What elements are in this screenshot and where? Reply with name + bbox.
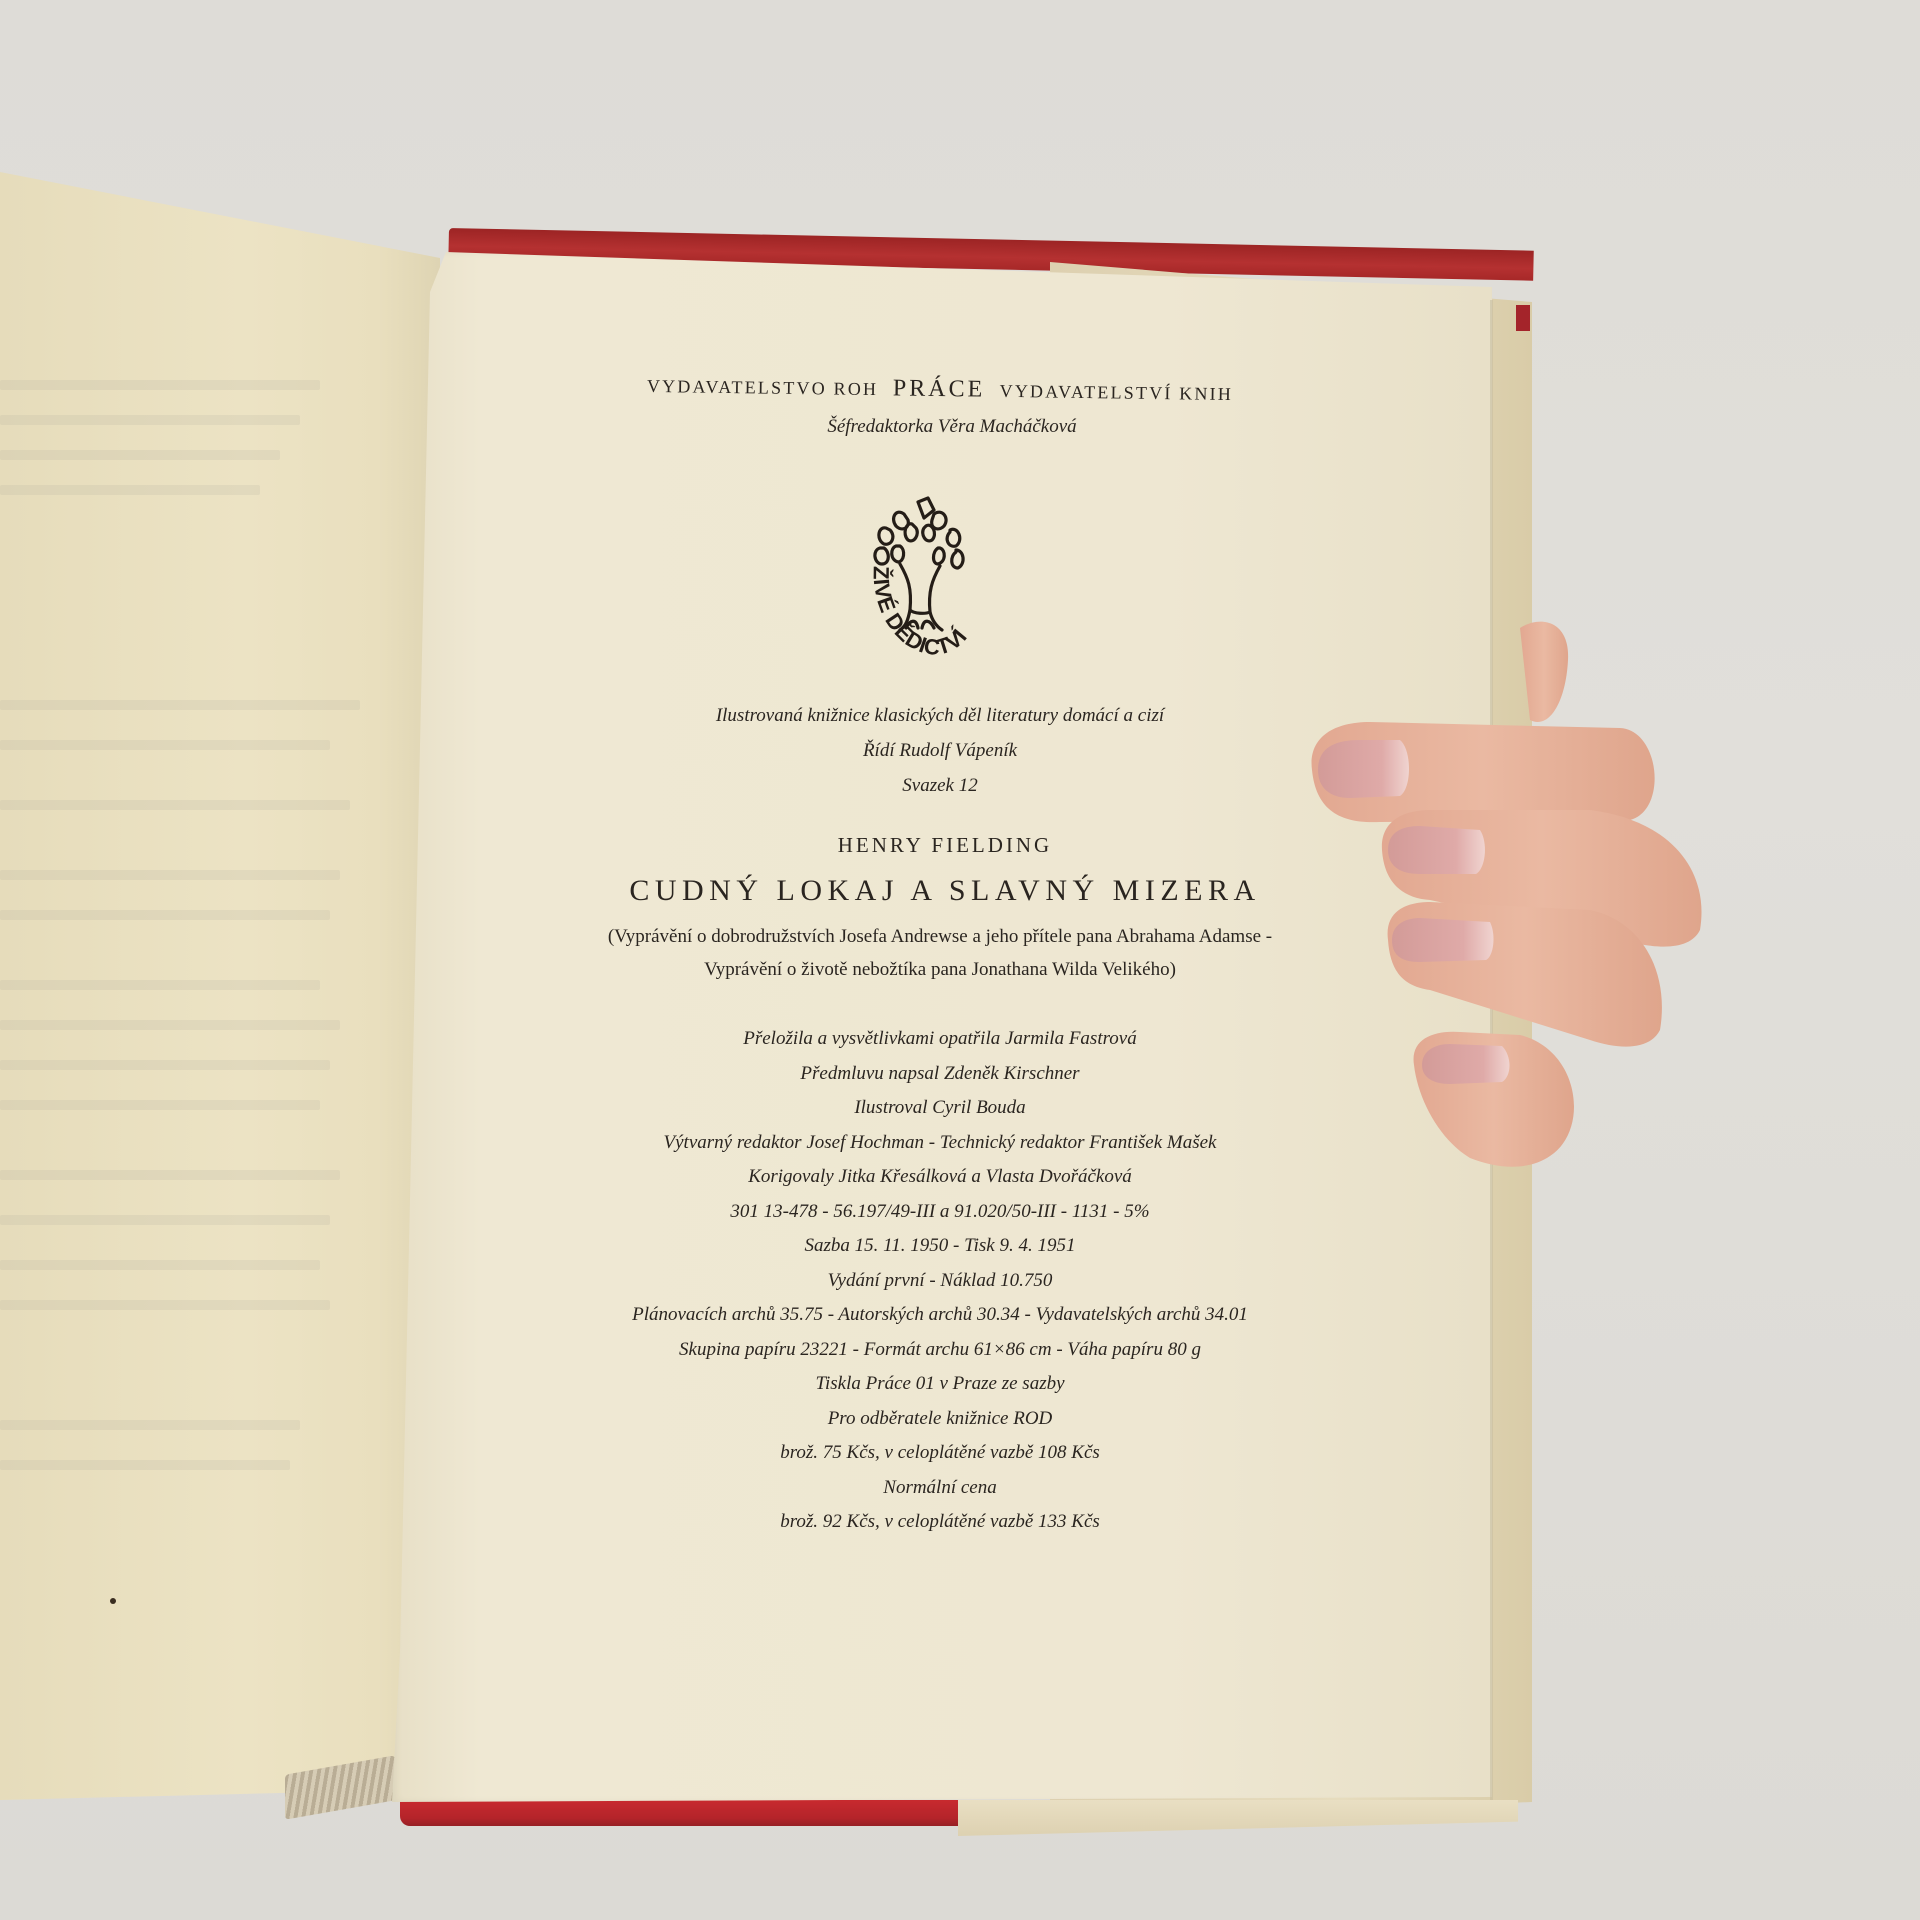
thumb <box>1520 622 1568 722</box>
bleed-through-text <box>0 485 260 495</box>
bleed-through-text <box>0 870 340 880</box>
hand-holding-book <box>1290 610 1710 1230</box>
credit-foreword: Předmluvu napsal Zdeněk Kirschner <box>540 1057 1340 1092</box>
series-description: Ilustrovaná knižnice klasických děl lite… <box>540 698 1340 733</box>
subtitle-line: (Vyprávění o dobrodružstvích Josefa Andr… <box>540 920 1340 953</box>
series-info: Ilustrovaná knižnice klasických děl lite… <box>540 698 1340 803</box>
credit-proofreaders: Korigovaly Jitka Křesálková a Vlasta Dvo… <box>540 1160 1340 1195</box>
red-cover-bottom-edge <box>400 1800 960 1826</box>
edition-print-run: Vydání první - Náklad 10.750 <box>540 1264 1340 1299</box>
paper-specs: Skupina papíru 23221 - Formát archu 61×8… <box>540 1333 1340 1368</box>
publisher-line: VYDAVATELSTVO ROH PRÁCE VYDAVATELSTVÍ KN… <box>580 371 1300 408</box>
ring-finger <box>1388 902 1662 1047</box>
credit-illustrator: Ilustroval Cyril Bouda <box>540 1091 1340 1126</box>
printer: Tiskla Práce 01 v Praze ze sazby <box>540 1367 1340 1402</box>
index-finger <box>1312 722 1655 822</box>
bleed-through-text <box>0 1300 330 1310</box>
bleed-through-text <box>0 1460 290 1470</box>
publisher-name: PRÁCE <box>893 375 986 402</box>
bleed-through-text <box>0 740 330 750</box>
bleed-through-text <box>0 800 350 810</box>
bleed-through-text <box>0 980 320 990</box>
normal-price: brož. 92 Kčs, v celoplátěné vazbě 133 Kč… <box>540 1505 1340 1540</box>
book-subtitle: (Vyprávění o dobrodružstvích Josefa Andr… <box>540 920 1340 986</box>
bleed-through-text <box>0 1100 320 1110</box>
bleed-through-text <box>0 1060 330 1070</box>
little-finger <box>1414 1032 1574 1167</box>
ink-speck <box>110 1598 116 1604</box>
author-name: HENRY FIELDING <box>550 833 1340 858</box>
publisher-left: VYDAVATELSTVO ROH <box>647 376 879 399</box>
bleed-through-text <box>0 1420 300 1430</box>
sheet-counts: Plánovacích archů 35.75 - Autorských arc… <box>540 1298 1340 1333</box>
book-title: CUDNÝ LOKAJ A SLAVNÝ MIZERA <box>550 874 1340 908</box>
catalog-numbers: 301 13-478 - 56.197/49-III a 91.020/50-I… <box>540 1195 1340 1230</box>
dust-jacket-bottom-edge <box>958 1800 1518 1836</box>
left-page <box>0 0 445 1920</box>
bleed-through-text <box>0 415 300 425</box>
subscriber-note: Pro odběratele knižnice ROD <box>540 1402 1340 1437</box>
publisher-right: VYDAVATELSTVÍ KNIH <box>999 381 1233 404</box>
bleed-through-text <box>0 910 330 920</box>
bleed-through-text <box>0 1215 330 1225</box>
zive-dedictvi-logo: ŽIVÉ DĚDICTVÍ <box>856 488 986 668</box>
credits-list: Přeložila a vysvětlivkami opatřila Jarmi… <box>540 1022 1340 1540</box>
bleed-through-text <box>0 1020 340 1030</box>
bleed-through-text <box>0 1260 320 1270</box>
bleed-through-text <box>0 450 280 460</box>
credit-editors: Výtvarný redaktor Josef Hochman - Techni… <box>540 1126 1340 1161</box>
colophon-text: VYDAVATELSTVO ROH PRÁCE VYDAVATELSTVÍ KN… <box>540 376 1340 1540</box>
tree-emblem-icon: ŽIVÉ DĚDICTVÍ <box>856 488 986 668</box>
credit-translator: Přeložila a vysvětlivkami opatřila Jarmi… <box>540 1022 1340 1057</box>
hand-illustration <box>1290 610 1710 1230</box>
normal-price-label: Normální cena <box>540 1471 1340 1506</box>
series-volume: Svazek 12 <box>540 768 1340 803</box>
bleed-through-text <box>0 700 360 710</box>
editor-in-chief: Šéfredaktorka Věra Macháčková <box>564 409 1340 444</box>
subscriber-price: brož. 75 Kčs, v celoplátěné vazbě 108 Kč… <box>540 1436 1340 1471</box>
red-cover-corner <box>1516 305 1530 331</box>
series-director: Řídí Rudolf Vápeník <box>540 733 1340 768</box>
bleed-through-text <box>0 380 320 390</box>
subtitle-line: Vyprávění o životě nebožtíka pana Jonath… <box>540 953 1340 986</box>
bleed-through-text <box>0 1170 340 1180</box>
typesetting-print-dates: Sazba 15. 11. 1950 - Tisk 9. 4. 1951 <box>540 1229 1340 1264</box>
